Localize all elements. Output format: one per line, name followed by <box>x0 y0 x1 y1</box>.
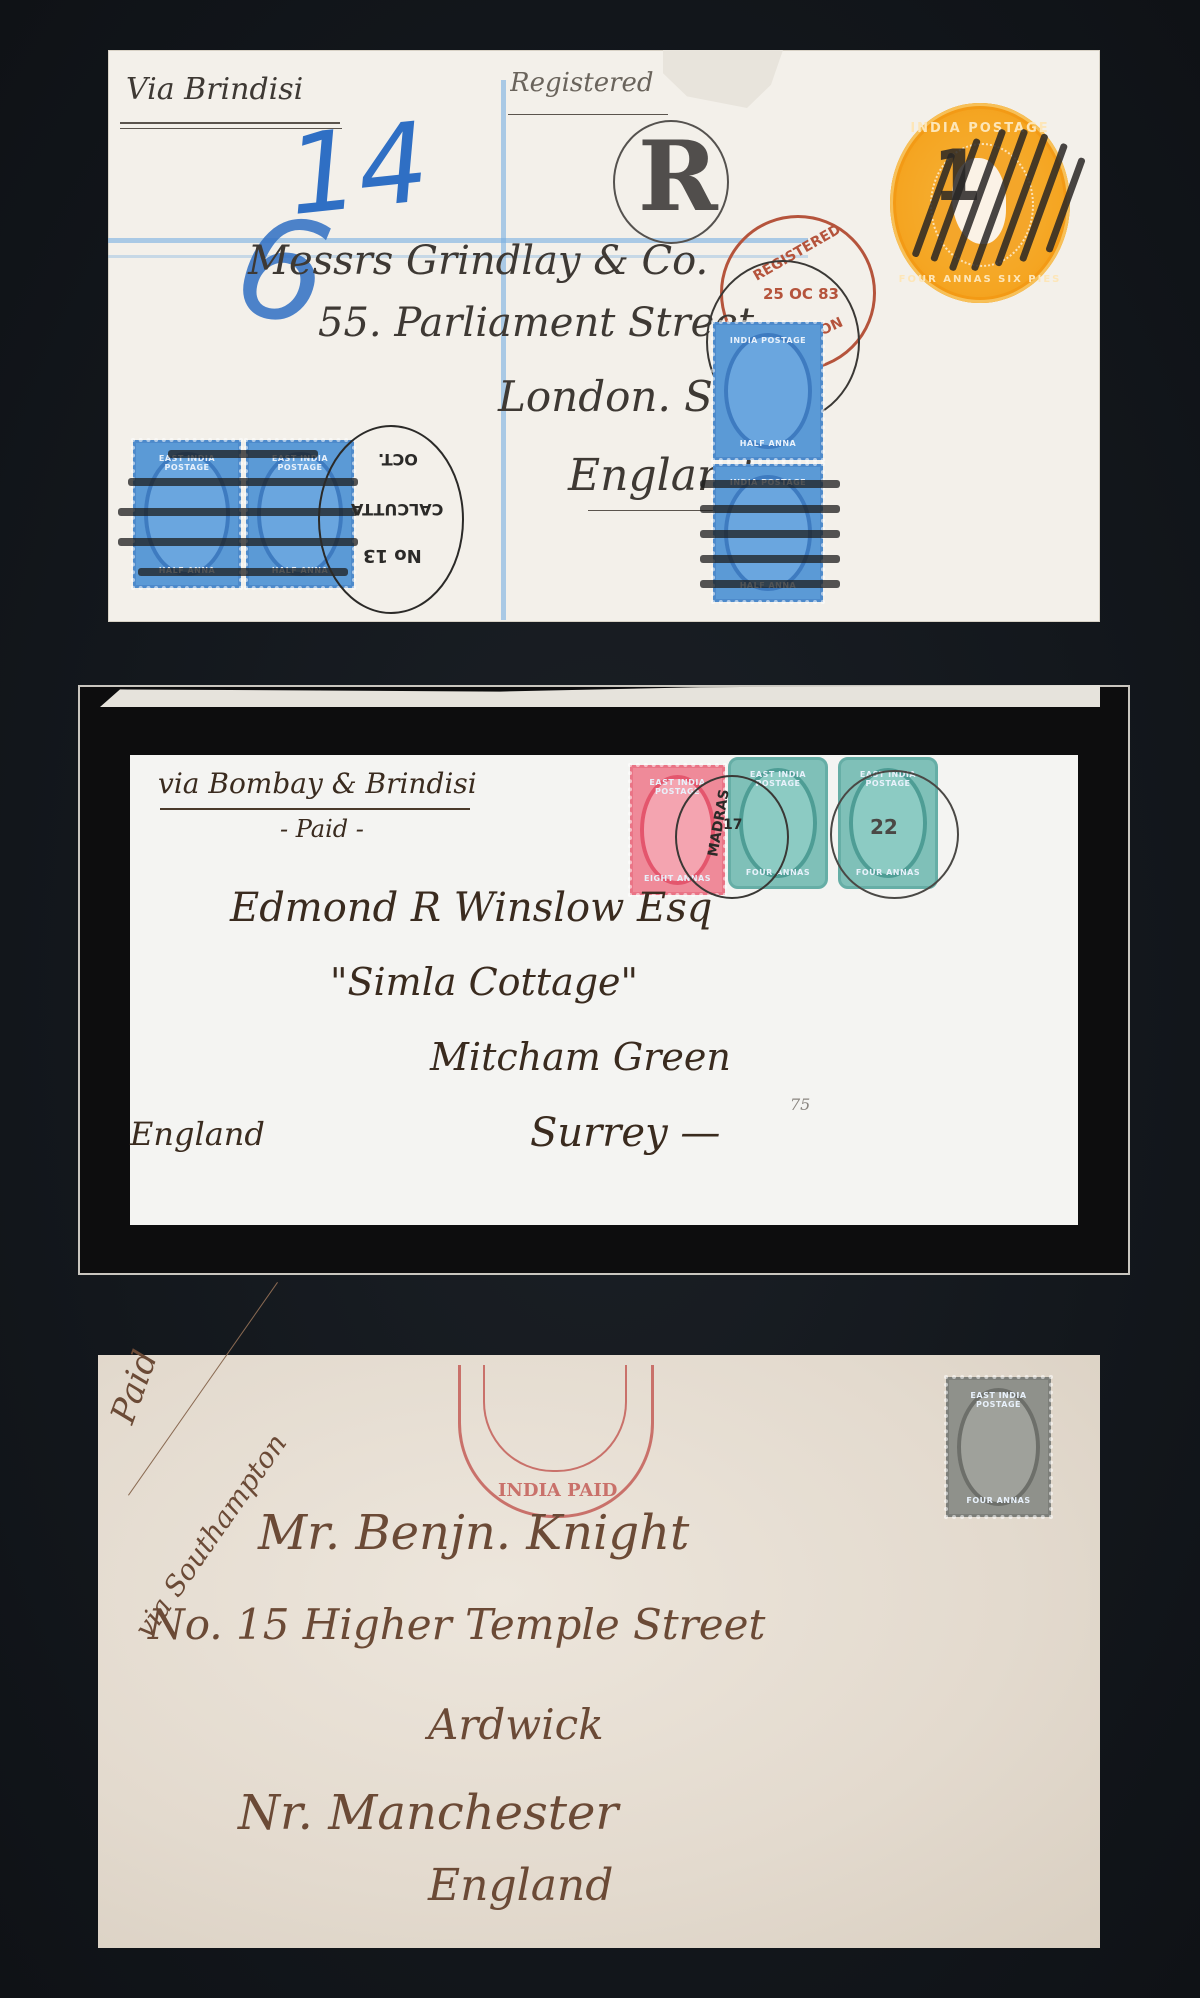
stamp-four-annas-grey: EAST INDIA POSTAGE FOUR ANNAS <box>946 1377 1051 1517</box>
address-country: England <box>130 1115 265 1153</box>
address-line-1: Mr. Benjn. Knight <box>258 1505 689 1561</box>
stamp-half-anna-blue-3: INDIA POSTAGE HALF ANNA <box>713 322 823 460</box>
torn-flap <box>663 50 783 108</box>
route-note: Via Brindisi <box>126 72 303 107</box>
address-line-4: Surrey — <box>530 1110 720 1156</box>
india-paid-text: INDIA PAID <box>498 1480 617 1501</box>
calcutta-postmark-month: OCT. <box>378 450 418 469</box>
address-line-3: Ardwick <box>428 1700 604 1749</box>
calcutta-postmark-number: No 13 <box>363 545 422 566</box>
cover-mourning-envelope[interactable]: via Bombay & Brindisi - Paid - EAST INDI… <box>78 685 1130 1275</box>
route-underline <box>160 808 470 810</box>
registration-underline <box>508 114 668 115</box>
address-line-2: 55. Parliament Street. <box>318 300 767 346</box>
pencil-note: 75 <box>790 1095 810 1114</box>
stamp-label-bottom: HALF ANNA <box>716 439 820 448</box>
registration-crayon-vertical <box>501 80 506 620</box>
duplex-bars-on-embossed <box>900 110 1100 310</box>
stamp-label-bottom: FOUR ANNAS <box>949 1496 1048 1505</box>
route-note: via Bombay & Brindisi <box>158 767 477 800</box>
cover-india-paid-envelope[interactable]: Paid via Southampton INDIA PAID EAST IND… <box>98 1355 1100 1948</box>
cover-registered-envelope[interactable]: Via Brindisi Registered 14 6 R INDIA POS… <box>108 50 1100 622</box>
calcutta-postmark-city: CALCUTTA <box>351 500 443 519</box>
registration-r-mark: R <box>638 120 718 233</box>
stamp-label-top: INDIA POSTAGE <box>716 336 820 345</box>
mourning-envelope-panel: via Bombay & Brindisi - Paid - EAST INDI… <box>130 755 1078 1225</box>
address-line-1: Messrs Grindlay & Co. <box>248 238 708 284</box>
paid-note: - Paid - <box>280 815 364 843</box>
address-line-5: England <box>428 1860 613 1911</box>
envelope-flap-edge <box>100 685 1100 707</box>
stamp-label-top: EAST INDIA POSTAGE <box>949 1391 1048 1409</box>
address-line-2: No. 15 Higher Temple Street <box>148 1600 765 1649</box>
address-line-2: "Simla Cottage" <box>330 960 638 1004</box>
address-line-1: Edmond R Winslow Esq <box>230 885 712 931</box>
duplex-numeral: 1 <box>933 135 982 217</box>
address-line-4: Nr. Manchester <box>238 1785 618 1841</box>
paid-note: Paid <box>103 1345 166 1428</box>
second-postmark-number: 22 <box>870 815 898 839</box>
registration-note: Registered <box>510 68 670 98</box>
madras-postmark-date: 17 <box>723 817 742 833</box>
duplex-bars-right-pair <box>700 470 845 600</box>
address-line-3: Mitcham Green <box>430 1035 731 1079</box>
